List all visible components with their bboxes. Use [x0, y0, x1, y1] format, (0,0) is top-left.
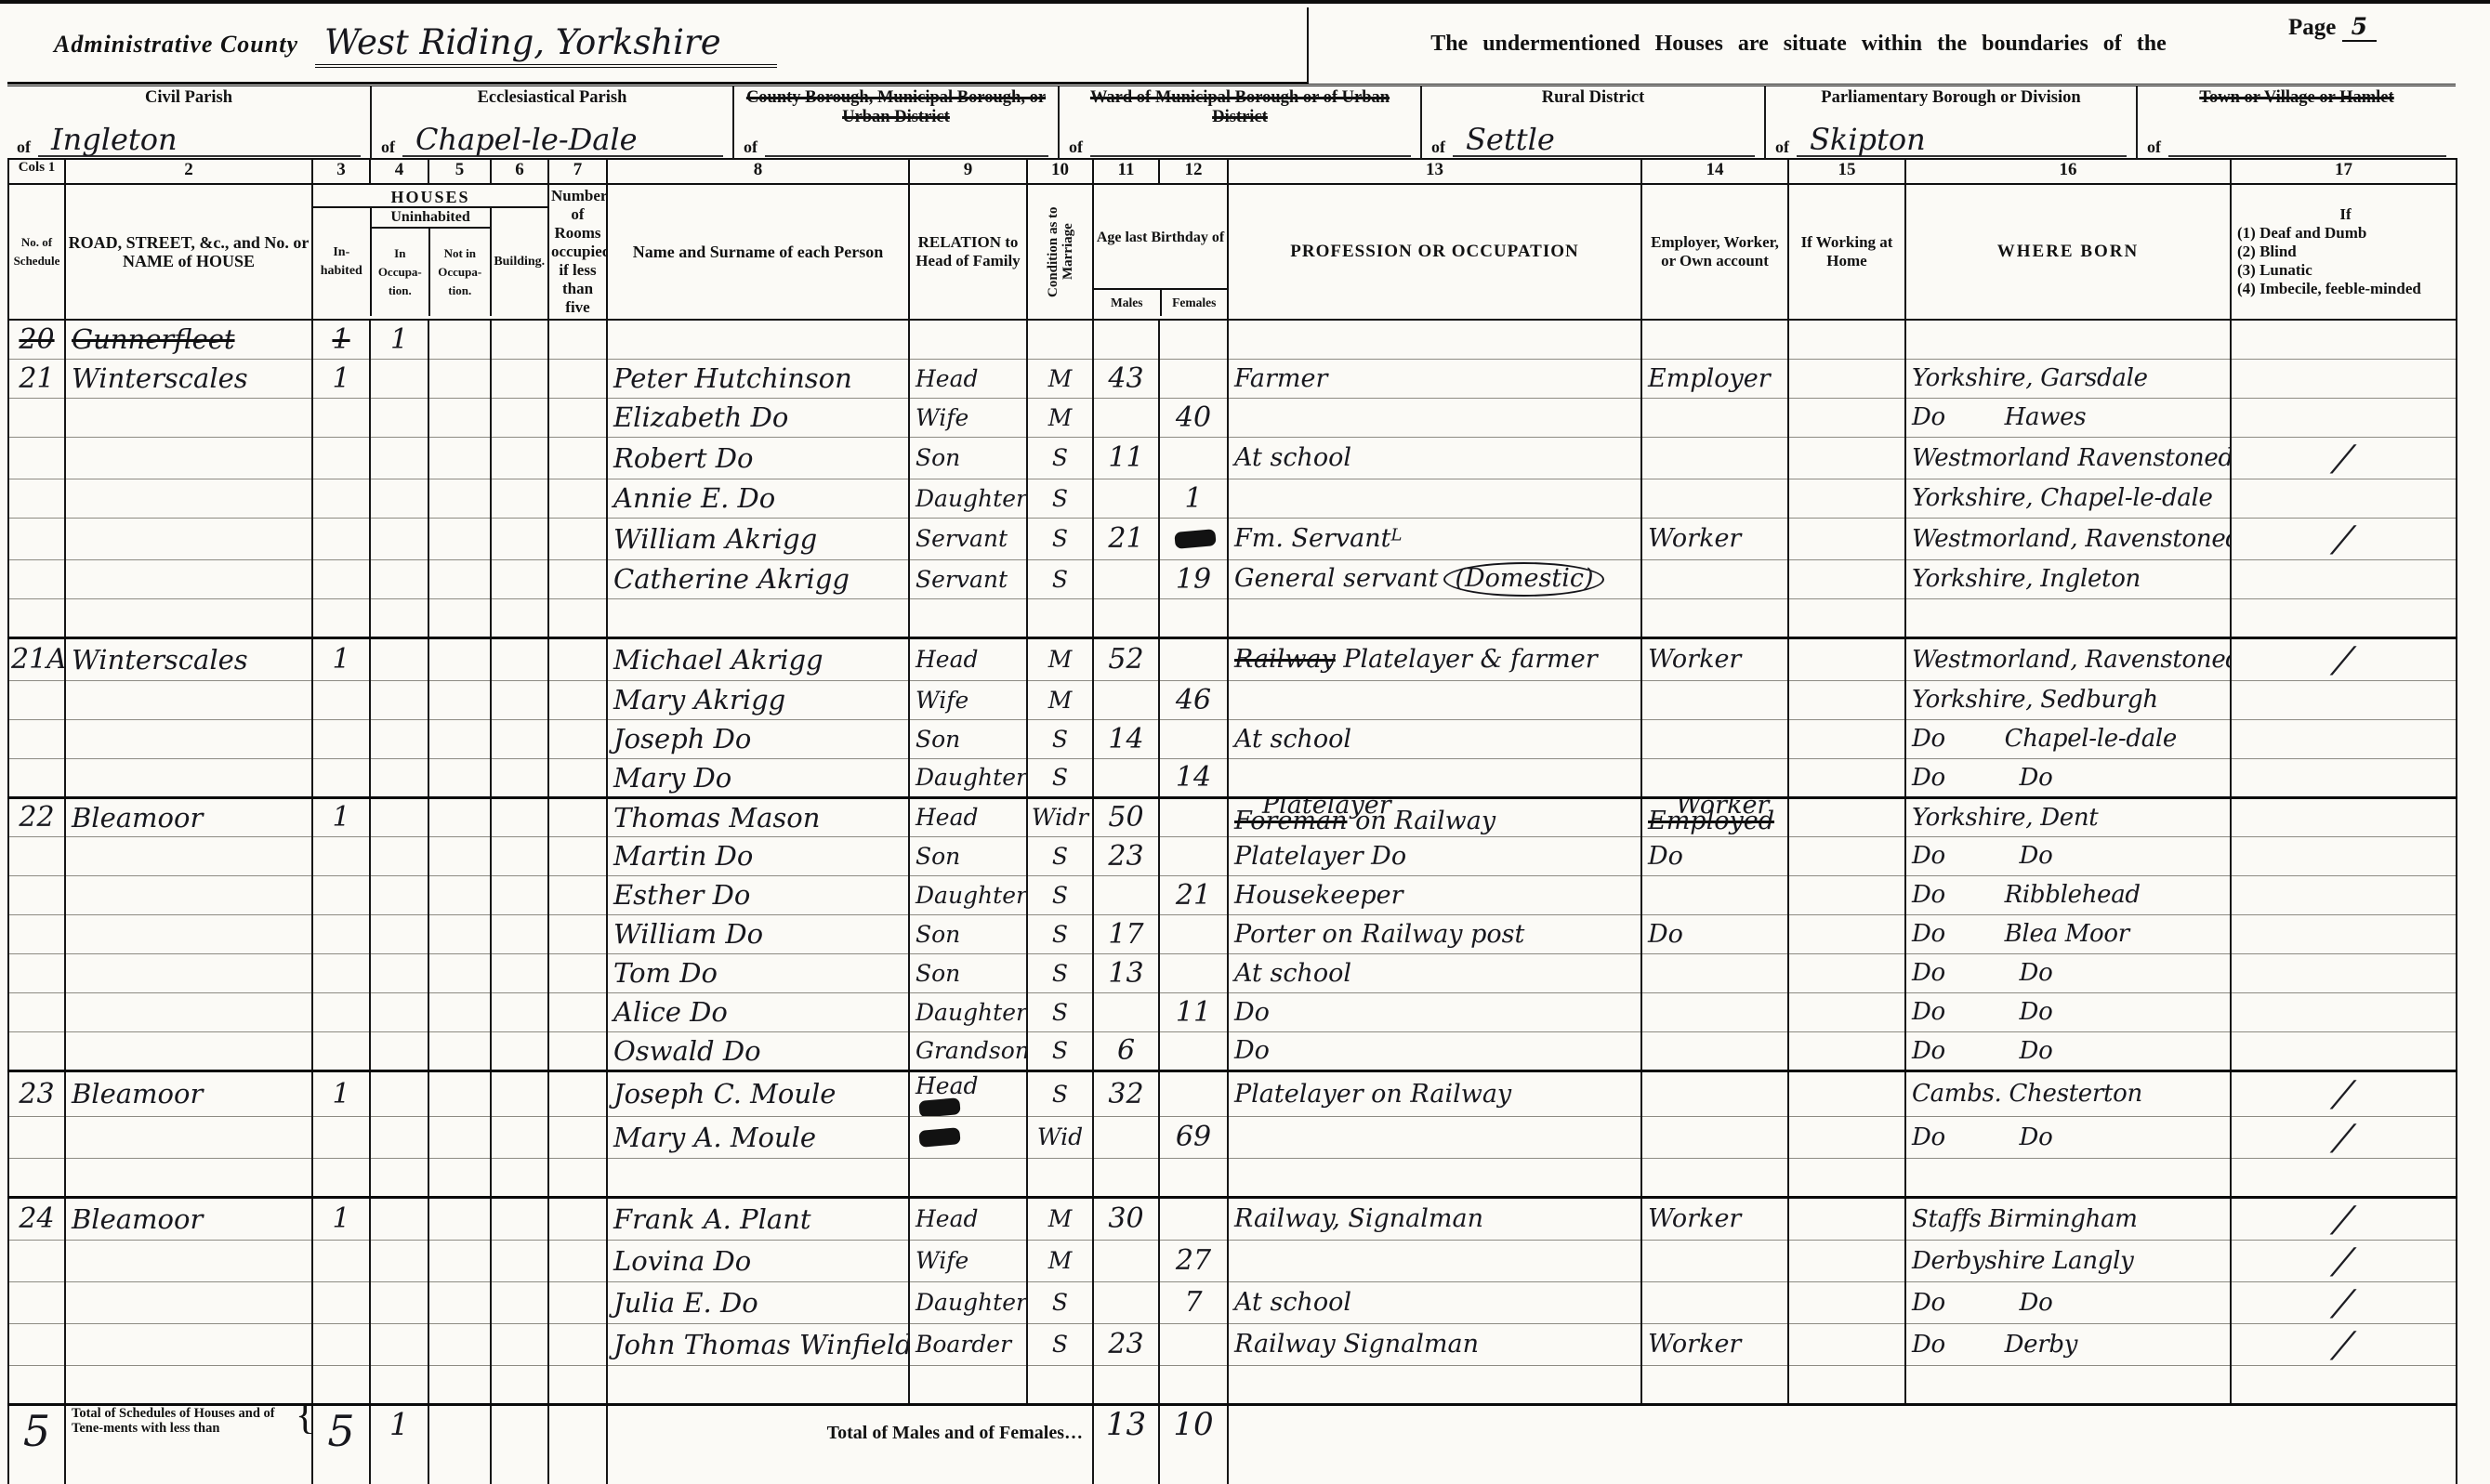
cell-working-at-home [1788, 1070, 1905, 1116]
cell-occupation [1228, 479, 1641, 518]
cell-uninhabited-not-in-occupation [428, 1158, 491, 1197]
header-where-born: WHERE BORN [1905, 184, 2231, 320]
cell-schedule-no [8, 1116, 65, 1158]
cell-infirmity: ∕ [2231, 437, 2457, 479]
cell-condition [1027, 320, 1093, 359]
cell-schedule-no [8, 914, 65, 953]
cell-schedule-no: 23 [8, 1070, 65, 1116]
cell-inhabited [312, 479, 370, 518]
cell-condition [1027, 598, 1093, 637]
cell-uninhabited-in-occupation [370, 1070, 428, 1116]
col-number-5: 5 [428, 159, 491, 184]
ecclesiastical-parish-label: Ecclesiastical Parish [379, 88, 725, 108]
cell-building [491, 559, 548, 598]
cell-house-name [65, 719, 312, 758]
cell-age-female [1159, 320, 1228, 359]
cell-uninhabited-not-in-occupation [428, 680, 491, 719]
cell-relation [909, 1158, 1027, 1197]
cell-uninhabited-not-in-occupation [428, 914, 491, 953]
cell-working-at-home [1788, 797, 1905, 836]
cell-where-born [1905, 320, 2231, 359]
cell-uninhabited-in-occupation [370, 1158, 428, 1197]
cell-schedule-no [8, 598, 65, 637]
cell-house-name [65, 680, 312, 719]
cell-inhabited [312, 1281, 370, 1323]
cell-rooms [548, 1365, 607, 1404]
cell-age-female [1159, 1323, 1228, 1365]
person-row: Catherine AkriggServantS19General servan… [8, 559, 2457, 598]
cell-rooms [548, 1240, 607, 1281]
enumerator-tick: ∕ [2331, 639, 2356, 680]
cell-occupation: Railway Platelayer & farmer [1228, 637, 1641, 680]
cell-inhabited [312, 875, 370, 914]
col-number-8: 8 [607, 159, 909, 184]
cell-infirmity: ∕ [2231, 1240, 2457, 1281]
cell-schedule-no [8, 680, 65, 719]
administrative-county-label: Administrative County [54, 31, 298, 59]
person-row: Mary AkriggWifeM46Yorkshire, Sedburgh [8, 680, 2457, 719]
cell-occupation: PlatelayerForeman on Railway [1228, 797, 1641, 836]
cell-building [491, 1197, 548, 1240]
cell-schedule-no [8, 836, 65, 875]
cell-working-at-home [1788, 598, 1905, 637]
cell-age-female: 14 [1159, 758, 1228, 797]
ecclesiastical-parish-value: Chapel-le-Dale [402, 124, 723, 157]
cell-rooms [548, 1197, 607, 1240]
cell-age-female [1159, 1070, 1228, 1116]
cell-relation [909, 320, 1027, 359]
cell-employer [1641, 398, 1788, 437]
cell-inhabited [312, 1158, 370, 1197]
cell-person-name: Julia E. Do [607, 1281, 909, 1323]
cell-rooms [548, 1116, 607, 1158]
cell-working-at-home [1788, 398, 1905, 437]
total-houses-uninhabited: 1 [370, 1404, 428, 1484]
cell-house-name: Gunnerfleet [65, 320, 312, 359]
cell-inhabited [312, 1323, 370, 1365]
cell-rooms [548, 1158, 607, 1197]
cell-occupation: Farmer [1228, 359, 1641, 398]
empty-cell [548, 1404, 607, 1484]
person-row: 22Bleamoor1Thomas MasonHeadWidr50Platela… [8, 797, 2457, 836]
cell-age-female: 7 [1159, 1281, 1228, 1323]
cell-where-born: Do Do [1905, 836, 2231, 875]
cell-inhabited [312, 914, 370, 953]
cell-person-name: Joseph C. Moule [607, 1070, 909, 1116]
cell-inhabited [312, 598, 370, 637]
cell-uninhabited-not-in-occupation [428, 758, 491, 797]
cell-occupation: Fm. ServantL [1228, 518, 1641, 559]
of-label: of [2147, 138, 2161, 157]
cell-occupation: Platelayer Do [1228, 836, 1641, 875]
cell-employer: Do [1641, 914, 1788, 953]
person-row: Alice DoDaughterS11DoDo Do [8, 992, 2457, 1031]
cell-uninhabited-in-occupation [370, 680, 428, 719]
cell-relation: Wife [909, 680, 1027, 719]
cell-building [491, 398, 548, 437]
cell-employer: Worker [1641, 1197, 1788, 1240]
cell-inhabited: 1 [312, 320, 370, 359]
page-number-value: 5 [2342, 13, 2377, 42]
cell-building [491, 1116, 548, 1158]
cell-employer [1641, 1031, 1788, 1070]
cell-rooms [548, 320, 607, 359]
cell-age-female: 21 [1159, 875, 1228, 914]
cell-working-at-home [1788, 914, 1905, 953]
cell-where-born: Yorkshire, Garsdale [1905, 359, 2231, 398]
cell-uninhabited-in-occupation [370, 598, 428, 637]
cell-inhabited: 1 [312, 797, 370, 836]
rural-district-label: Rural District [1429, 88, 1757, 108]
page-number: Page 5 [2288, 7, 2456, 41]
cell-age-male: 6 [1093, 1031, 1159, 1070]
col-number-3: 3 [312, 159, 370, 184]
civil-parish-label: Civil Parish [15, 88, 362, 108]
cell-infirmity: ∕ [2231, 1197, 2457, 1240]
cell-where-born: Yorkshire, Chapel-le-dale [1905, 479, 2231, 518]
cell-employer [1641, 437, 1788, 479]
cell-where-born: Staffs Birmingham [1905, 1197, 2231, 1240]
parliamentary-borough-box: Parliamentary Borough or Division ofSkip… [1766, 86, 2138, 159]
cell-inhabited [312, 1031, 370, 1070]
cell-condition: S [1027, 479, 1093, 518]
cell-house-name [65, 518, 312, 559]
total-schedules: 5 [8, 1404, 65, 1484]
cell-age-male [1093, 398, 1159, 437]
enumerator-tick: ∕ [2331, 1199, 2356, 1240]
cell-infirmity [2231, 797, 2457, 836]
cell-person-name: Elizabeth Do [607, 398, 909, 437]
cell-person-name: Michael Akrigg [607, 637, 909, 680]
cell-schedule-no [8, 992, 65, 1031]
cell-age-female [1159, 637, 1228, 680]
cell-employer [1641, 680, 1788, 719]
person-row: 20Gunnerfleet11 [8, 320, 2457, 359]
cell-inhabited: 1 [312, 637, 370, 680]
cell-uninhabited-in-occupation [370, 992, 428, 1031]
cell-working-at-home [1788, 1197, 1905, 1240]
cell-where-born [1905, 1365, 2231, 1404]
cell-where-born: Do Hawes [1905, 398, 2231, 437]
cell-where-born [1905, 1158, 2231, 1197]
cell-infirmity [2231, 914, 2457, 953]
cell-age-male: 17 [1093, 914, 1159, 953]
cell-employer: Worker [1641, 1323, 1788, 1365]
cell-age-male: 32 [1093, 1070, 1159, 1116]
cell-employer: Worker [1641, 518, 1788, 559]
cell-uninhabited-in-occupation [370, 359, 428, 398]
enumerator-tick: ∕ [2331, 1117, 2356, 1158]
cell-building [491, 758, 548, 797]
header-infirmity-line: If [2237, 205, 2454, 224]
cell-working-at-home [1788, 320, 1905, 359]
cell-relation: Daughter [909, 1281, 1027, 1323]
cell-uninhabited-in-occupation [370, 719, 428, 758]
situate-statement: The undermentioned Houses are situate wi… [1309, 7, 2288, 57]
enumerator-tick: ∕ [2331, 1073, 2356, 1114]
cell-uninhabited-not-in-occupation [428, 1323, 491, 1365]
cell-occupation [1228, 1365, 1641, 1404]
cell-age-female [1159, 1197, 1228, 1240]
cell-age-female [1159, 1158, 1228, 1197]
person-row: Tom DoSonS13At schoolDo Do [8, 953, 2457, 992]
person-row: Lovina DoWifeM27Derbyshire Langly∕ [8, 1240, 2457, 1281]
cell-employer [1641, 992, 1788, 1031]
cell-age-male: 50 [1093, 797, 1159, 836]
cell-infirmity: ∕ [2231, 1116, 2457, 1158]
header-age-females: Females [1162, 290, 1228, 316]
cell-uninhabited-not-in-occupation [428, 320, 491, 359]
cell-infirmity [2231, 875, 2457, 914]
cell-employer [1641, 479, 1788, 518]
county-borough-value [765, 155, 1048, 157]
person-row: Esther DoDaughterS21HousekeeperDo Ribble… [8, 875, 2457, 914]
cell-where-born: Do Do [1905, 1031, 2231, 1070]
cell-relation: Servant [909, 518, 1027, 559]
cell-relation [909, 1365, 1027, 1404]
cell-uninhabited-in-occupation [370, 1281, 428, 1323]
of-label: of [1431, 138, 1445, 157]
cell-relation: Servant [909, 559, 1027, 598]
cell-relation: Wife [909, 398, 1027, 437]
cell-occupation: At school [1228, 1281, 1641, 1323]
cell-condition: S [1027, 758, 1093, 797]
cell-rooms [548, 680, 607, 719]
col-number-17: 17 [2231, 159, 2457, 184]
header-building: Building. [492, 208, 548, 316]
cell-employer [1641, 875, 1788, 914]
cell-inhabited [312, 836, 370, 875]
cell-house-name [65, 1323, 312, 1365]
of-label: of [1069, 138, 1083, 157]
cell-rooms [548, 598, 607, 637]
cell-person-name: Frank A. Plant [607, 1197, 909, 1240]
cell-working-at-home [1788, 518, 1905, 559]
cell-where-born: Westmorland, Ravenstonedale [1905, 518, 2231, 559]
cell-uninhabited-not-in-occupation [428, 719, 491, 758]
person-row: 21AWinterscales1Michael AkriggHeadM52Rai… [8, 637, 2457, 680]
cell-relation: Son [909, 437, 1027, 479]
cell-age-male: 11 [1093, 437, 1159, 479]
cell-rooms [548, 758, 607, 797]
cell-infirmity [2231, 559, 2457, 598]
cell-schedule-no [8, 479, 65, 518]
cell-age-male: 23 [1093, 836, 1159, 875]
cell-rooms [548, 398, 607, 437]
col-number-16: 16 [1905, 159, 2231, 184]
cell-occupation: At school [1228, 953, 1641, 992]
cell-age-male [1093, 559, 1159, 598]
cell-person-name: Thomas Mason [607, 797, 909, 836]
person-row: 23Bleamoor1Joseph C. MouleHeadS32Platela… [8, 1070, 2457, 1116]
cell-condition: S [1027, 518, 1093, 559]
cell-condition: M [1027, 398, 1093, 437]
person-row: Mary A. MouleWid69Do Do∕ [8, 1116, 2457, 1158]
cell-age-male [1093, 875, 1159, 914]
total-females: 10 [1159, 1404, 1228, 1484]
cell-house-name [65, 398, 312, 437]
cell-building [491, 637, 548, 680]
cell-rooms [548, 1070, 607, 1116]
cell-age-female: 40 [1159, 398, 1228, 437]
enumerator-tick: ∕ [2331, 1241, 2356, 1281]
enumerator-tick: ∕ [2331, 1282, 2356, 1323]
cell-relation: Head [909, 797, 1027, 836]
cell-uninhabited-not-in-occupation [428, 1116, 491, 1158]
cell-person-name: William Do [607, 914, 909, 953]
cell-person-name: Esther Do [607, 875, 909, 914]
cell-where-born: Do Derby [1905, 1323, 2231, 1365]
cell-age-male: 23 [1093, 1323, 1159, 1365]
cell-age-female [1159, 598, 1228, 637]
cell-employer: Employer [1641, 359, 1788, 398]
cell-building [491, 953, 548, 992]
cell-uninhabited-not-in-occupation [428, 1281, 491, 1323]
cell-rooms [548, 559, 607, 598]
cell-house-name [65, 992, 312, 1031]
cell-age-male [1093, 758, 1159, 797]
cell-age-female: 19 [1159, 559, 1228, 598]
header-infirmity-line: (2) Blind [2237, 243, 2454, 261]
cell-schedule-no: 21 [8, 359, 65, 398]
header-age-males: Males [1094, 290, 1162, 316]
cell-uninhabited-in-occupation [370, 518, 428, 559]
cell-working-at-home [1788, 437, 1905, 479]
cell-employer [1641, 1070, 1788, 1116]
cell-employer: Do [1641, 836, 1788, 875]
cell-condition: S [1027, 914, 1093, 953]
cell-house-name: Bleamoor [65, 797, 312, 836]
cell-uninhabited-not-in-occupation [428, 559, 491, 598]
cell-infirmity: ∕ [2231, 1281, 2457, 1323]
col-number-14: 14 [1641, 159, 1788, 184]
cell-inhabited: 1 [312, 1070, 370, 1116]
cell-where-born: Do Do [1905, 953, 2231, 992]
cell-working-at-home [1788, 559, 1905, 598]
cell-relation: Daughter [909, 992, 1027, 1031]
cell-house-name: Bleamoor [65, 1197, 312, 1240]
blank-row [8, 1158, 2457, 1197]
column-numbers-row: Cols 1 2 3 4 5 6 7 8 9 10 11 12 13 14 15… [8, 159, 2457, 184]
cell-person-name: Joseph Do [607, 719, 909, 758]
person-row: Elizabeth DoWifeM40Do Hawes [8, 398, 2457, 437]
cell-where-born: Do Chapel-le-dale [1905, 719, 2231, 758]
cell-occupation [1228, 320, 1641, 359]
cell-working-at-home [1788, 953, 1905, 992]
cell-uninhabited-in-occupation [370, 797, 428, 836]
cell-person-name: Alice Do [607, 992, 909, 1031]
cell-person-name: Catherine Akrigg [607, 559, 909, 598]
cell-working-at-home [1788, 1031, 1905, 1070]
cell-schedule-no [8, 758, 65, 797]
cell-uninhabited-in-occupation [370, 1031, 428, 1070]
cell-where-born: Do Do [1905, 758, 2231, 797]
cell-relation: Wife [909, 1240, 1027, 1281]
cell-working-at-home [1788, 1158, 1905, 1197]
total-houses-inhabited: 5 [312, 1404, 370, 1484]
cell-working-at-home [1788, 680, 1905, 719]
cell-uninhabited-not-in-occupation [428, 518, 491, 559]
cell-inhabited [312, 719, 370, 758]
cell-relation: Grandson [909, 1031, 1027, 1070]
person-row: William AkriggServantS21Fm. ServantLWork… [8, 518, 2457, 559]
cell-person-name: Mary Akrigg [607, 680, 909, 719]
town-village-value [2168, 155, 2446, 157]
header-infirmity-line: (3) Lunatic [2237, 261, 2454, 280]
cell-employer [1641, 953, 1788, 992]
header-relation: RELATION to Head of Family [909, 184, 1027, 320]
county-borough-box: County Borough, Municipal Borough, or Ur… [734, 86, 1060, 159]
cell-building [491, 1365, 548, 1404]
cell-infirmity [2231, 1365, 2457, 1404]
header-in-occupation: In Occupa-tion. [372, 229, 430, 316]
cell-age-male [1093, 1158, 1159, 1197]
cell-where-born: Westmorland, Ravenstonedale [1905, 637, 2231, 680]
cell-building [491, 518, 548, 559]
cell-building [491, 320, 548, 359]
empty-cell [428, 1404, 491, 1484]
enumerator-tick: ∕ [2331, 519, 2356, 559]
cell-infirmity [2231, 953, 2457, 992]
cell-condition: S [1027, 437, 1093, 479]
person-row: 24Bleamoor1Frank A. PlantHeadM30Railway,… [8, 1197, 2457, 1240]
cell-age-female [1159, 437, 1228, 479]
cell-age-female [1159, 914, 1228, 953]
cell-relation: Boarder [909, 1323, 1027, 1365]
of-label: of [17, 138, 31, 157]
cell-uninhabited-not-in-occupation [428, 479, 491, 518]
cell-uninhabited-not-in-occupation [428, 797, 491, 836]
cell-where-born [1905, 598, 2231, 637]
cell-uninhabited-in-occupation [370, 1323, 428, 1365]
cell-uninhabited-in-occupation [370, 953, 428, 992]
cell-person-name: Mary Do [607, 758, 909, 797]
cell-uninhabited-in-occupation [370, 1197, 428, 1240]
cell-infirmity [2231, 992, 2457, 1031]
cell-working-at-home [1788, 359, 1905, 398]
cell-uninhabited-in-occupation [370, 398, 428, 437]
cell-infirmity [2231, 758, 2457, 797]
cell-inhabited [312, 992, 370, 1031]
cell-employer [1641, 1116, 1788, 1158]
header-schedule: No. of Schedule [8, 184, 65, 320]
col-number-13: 13 [1228, 159, 1641, 184]
person-row: John Thomas WinfieldBoarderS23Railway Si… [8, 1323, 2457, 1365]
cell-house-name [65, 1365, 312, 1404]
cell-age-male: 21 [1093, 518, 1159, 559]
cell-schedule-no [8, 953, 65, 992]
empty-cell [1228, 1404, 2457, 1484]
cell-age-male: 30 [1093, 1197, 1159, 1240]
ecclesiastical-parish-box: Ecclesiastical Parish ofChapel-le-Dale [372, 86, 734, 159]
cell-condition [1027, 1158, 1093, 1197]
cell-age-male: 13 [1093, 953, 1159, 992]
cell-employer [1641, 719, 1788, 758]
cell-inhabited [312, 398, 370, 437]
cell-occupation: Platelayer on Railway [1228, 1070, 1641, 1116]
cell-building [491, 359, 548, 398]
cell-condition: M [1027, 1240, 1093, 1281]
cell-employer [1641, 320, 1788, 359]
cell-where-born: Yorkshire, Ingleton [1905, 559, 2231, 598]
cell-relation [909, 598, 1027, 637]
cell-uninhabited-not-in-occupation [428, 875, 491, 914]
cell-infirmity [2231, 398, 2457, 437]
cell-inhabited [312, 680, 370, 719]
administrative-county-value: West Riding, Yorkshire [315, 22, 777, 68]
administrative-county: Administrative County West Riding, Yorks… [7, 7, 1309, 84]
person-row: Oswald DoGrandsonS6DoDo Do [8, 1031, 2457, 1070]
